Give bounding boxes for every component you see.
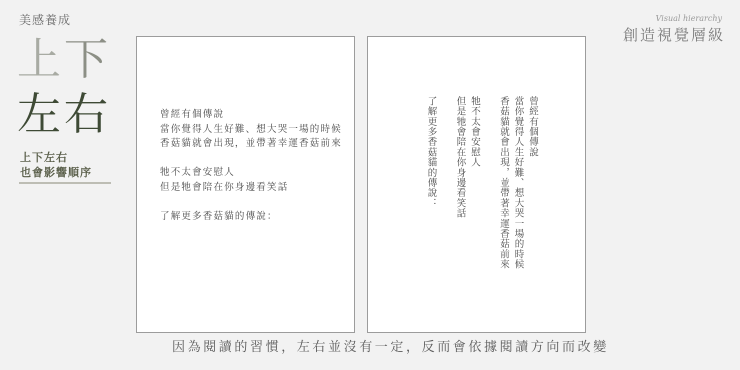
paragraph: 曾經有個傳說 當你覺得人生好難、想大哭一場的時候 香菇貓就會出現，並帶著幸運香菇… [496, 96, 540, 269]
text-line: 但是牠會陪在你身邊看笑話 [160, 181, 342, 196]
subtitle-underline [19, 182, 111, 184]
text-line: 但是牠會陪在你身邊看笑話 [452, 96, 467, 269]
caption: 因為閱讀的習慣，左右並沒有一定，反而會依據閱讀方向而改變 [172, 336, 609, 355]
text-line: 曾經有個傳說 [160, 108, 342, 123]
text-line: 當你覺得人生好難、想大哭一場的時候 [160, 123, 342, 138]
subtitle: 上下左右 也會影響順序 [20, 150, 92, 180]
big-title-top: 上下 [17, 38, 111, 82]
big-char-right: 右 [64, 89, 111, 140]
text-line: 當你覺得人生好難、想大哭一場的時候 [510, 96, 525, 269]
big-char-up: 上 [17, 34, 64, 85]
vertical-text-card: 曾經有個傳說 當你覺得人生好難、想大哭一場的時候 香菇貓就會出現，並帶著幸運香菇… [367, 36, 586, 333]
text-line: 了解更多香菇貓的傳說： [160, 210, 342, 225]
text-line: 了解更多香菇貓的傳說： [423, 96, 438, 269]
text-line: 香菇貓就會出現，並帶著幸運香菇前來 [160, 137, 342, 152]
eyebrow-label: 美感養成 [19, 11, 71, 28]
subtitle-line-2: 也會影響順序 [20, 165, 92, 180]
big-char-left: 左 [17, 89, 64, 140]
text-line: 牠不太會安慰人 [160, 166, 342, 181]
paragraph: 了解更多香菇貓的傳說： [160, 210, 342, 225]
vertical-text-block: 曾經有個傳說 當你覺得人生好難、想大哭一場的時候 香菇貓就會出現，並帶著幸運香菇… [409, 96, 540, 269]
paragraph: 牠不太會安慰人 但是牠會陪在你身邊看笑話 [160, 166, 342, 195]
text-line: 曾經有個傳說 [525, 96, 540, 269]
big-char-down: 下 [64, 34, 111, 85]
subtitle-line-1: 上下左右 [20, 150, 92, 165]
brand-chinese: 創造視覺層級 [623, 24, 725, 45]
text-line: 香菇貓就會出現，並帶著幸運香菇前來 [496, 96, 511, 269]
big-title-bottom: 左右 [17, 93, 111, 137]
paragraph: 牠不太會安慰人 但是牠會陪在你身邊看笑話 [452, 96, 481, 269]
brand-english: Visual hierarchy [656, 14, 722, 23]
horizontal-text-block: 曾經有個傳說 當你覺得人生好難、想大哭一場的時候 香菇貓就會出現，並帶著幸運香菇… [160, 108, 342, 239]
paragraph: 曾經有個傳說 當你覺得人生好難、想大哭一場的時候 香菇貓就會出現，並帶著幸運香菇… [160, 108, 342, 152]
paragraph: 了解更多香菇貓的傳說： [423, 96, 438, 269]
horizontal-text-card: 曾經有個傳說 當你覺得人生好難、想大哭一場的時候 香菇貓就會出現，並帶著幸運香菇… [136, 36, 355, 333]
text-line: 牠不太會安慰人 [467, 96, 482, 269]
